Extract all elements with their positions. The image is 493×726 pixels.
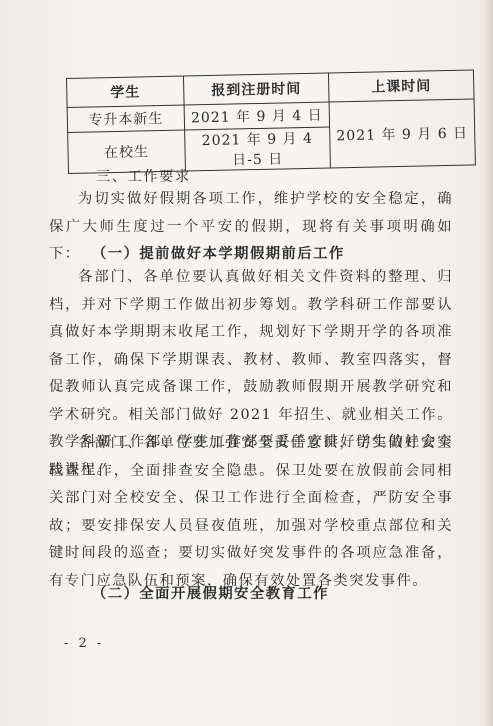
cell-student: 专升本新生 (67, 105, 184, 132)
page-edge (487, 0, 493, 726)
subsection-two-title: （二）全面开展假期安全教育工作 (92, 583, 329, 603)
header-class-start: 上课时间 (328, 70, 474, 102)
subsection-one-title: （一）提前做好本学期假期前后工作 (92, 243, 345, 263)
page-number: - 2 - (64, 636, 104, 651)
subsection-one-paragraph-2: 各部门、各单位要加强安全责任意识，切实做好安全检查工作，全面排查安全隐患。保卫处… (49, 430, 453, 595)
section-three-title: 三、工作要求 (96, 166, 191, 186)
cell-registration: 2021 年 9 月 4 日 (184, 102, 329, 130)
header-registration: 报到注册时间 (183, 73, 329, 105)
schedule-table: 学生 报到注册时间 上课时间 专升本新生 2021 年 9 月 4 日 2021… (66, 69, 476, 174)
document-page: 学生 报到注册时间 上课时间 专升本新生 2021 年 9 月 4 日 2021… (0, 0, 493, 726)
cell-class-start: 2021 年 9 月 6 日 (329, 99, 475, 168)
header-student: 学生 (67, 76, 185, 107)
cell-registration: 2021 年 9 月 4 日-5 日 (185, 127, 331, 171)
